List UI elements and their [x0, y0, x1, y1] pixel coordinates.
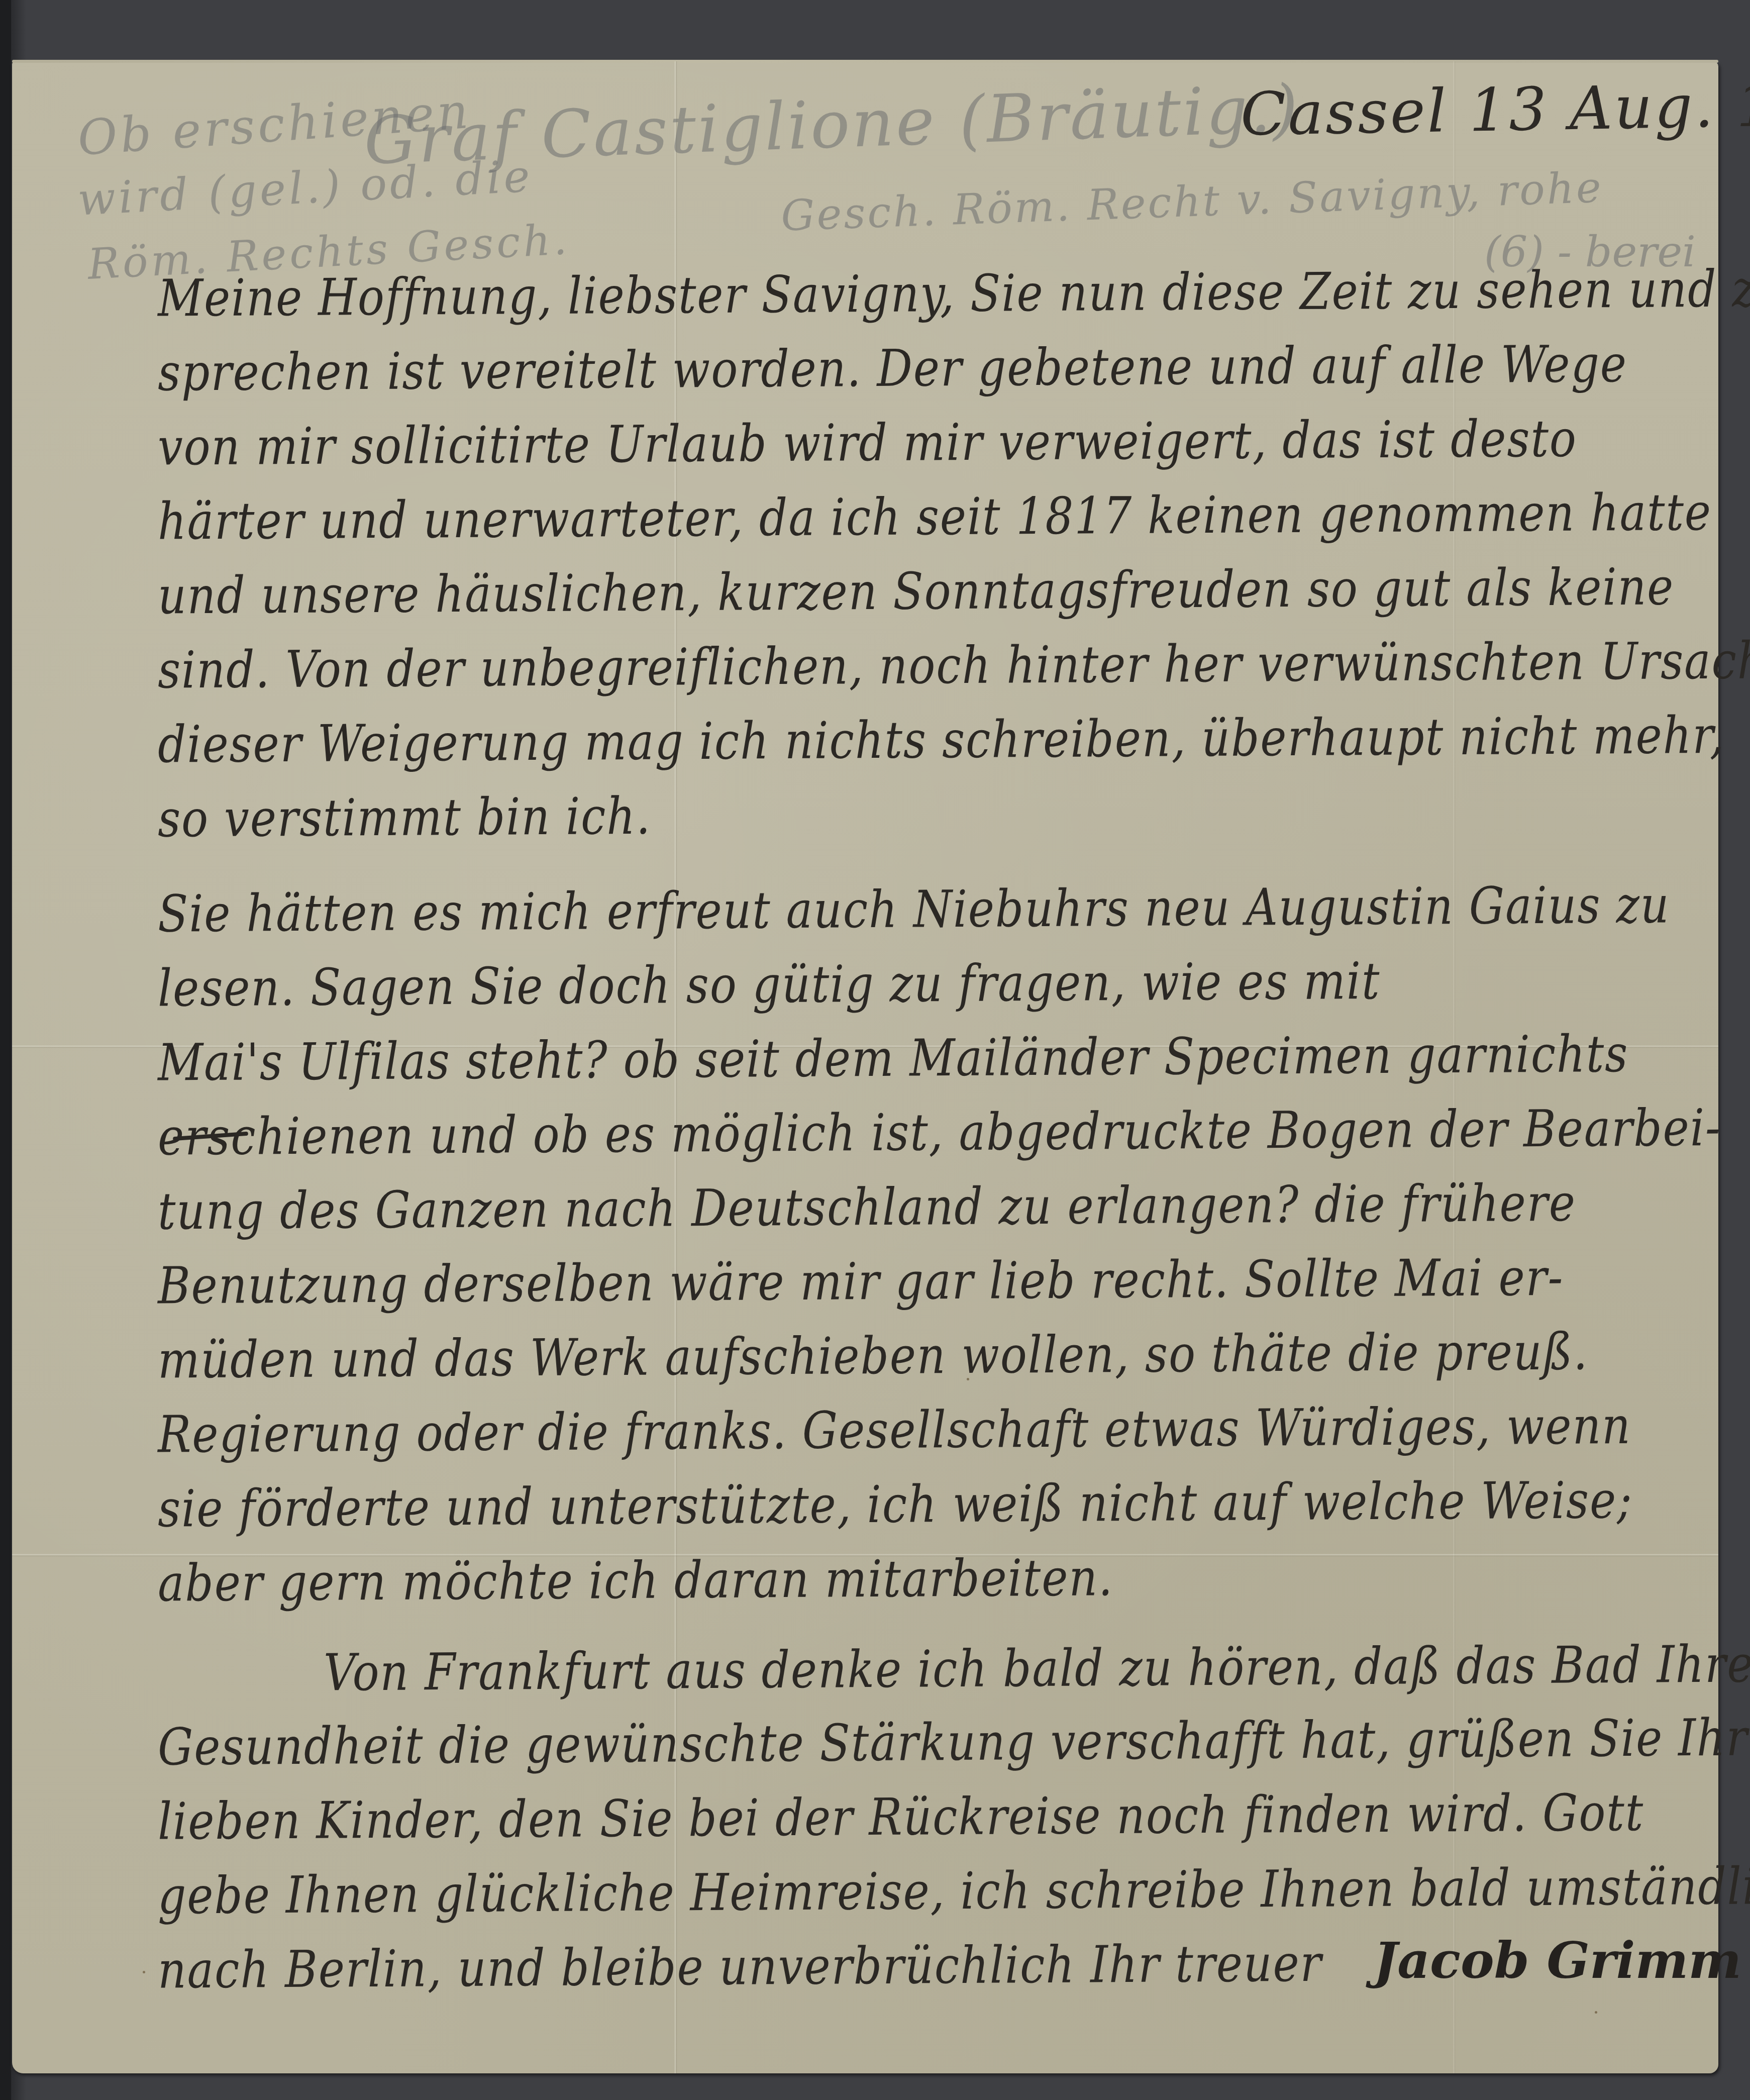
place-and-date: Cassel 13 Aug. 1823 [1240, 68, 1750, 149]
pencil-note-title: Graf Castiglione (Bräutig.) [363, 70, 1301, 179]
paper-speck [1595, 2011, 1597, 2014]
text-line: sprechen ist vereitelt worden. Der gebet… [158, 334, 1627, 403]
text-line: nach Berlin, und bleibe unverbrüchlich I… [158, 1933, 1322, 1999]
paper-speck [967, 1378, 969, 1380]
text-line: Mai's Ulfilas steht? ob seit dem Mailänd… [158, 1024, 1629, 1092]
text-line: Regierung oder die franks. Gesellschaft … [158, 1396, 1631, 1464]
text-line: und unsere häuslichen, kurzen Sonntagsfr… [158, 557, 1675, 626]
text-line: lesen. Sagen Sie doch so gütig zu fragen… [158, 951, 1381, 1018]
text-line: von mir sollicitirte Urlaub wird mir ver… [158, 409, 1577, 476]
paper-speck [143, 1971, 145, 1973]
binding-strip [0, 0, 11, 2100]
text-line: Von Frankfurt aus denke ich bald zu höre… [324, 1634, 1750, 1703]
text-line: gebe Ihnen glückliche Heimreise, ich sch… [158, 1856, 1750, 1925]
text-line: Benutzung derselben wäre mir gar lieb re… [158, 1247, 1564, 1315]
text-line: härter und unerwarteter, da ich seit 181… [158, 482, 1712, 551]
text-line: sie förderte und unterstützte, ich weiß … [158, 1470, 1633, 1539]
text-line: so verstimmt bin ich. [158, 786, 652, 848]
text-line: lieben Kinder, den Sie bei der Rückreise… [158, 1782, 1644, 1851]
pencil-note-subtitle: Gesch. Röm. Recht v. Savigny, rohe [780, 162, 1604, 240]
letter-sheet: Ob erschienen wird (gel.) od. die Röm. R… [12, 61, 1718, 2073]
text-line: aber gern möchte ich daran mitarbeiten. [158, 1548, 1114, 1613]
text-line: Gesundheit die gewünschte Stärkung versc… [158, 1708, 1750, 1777]
text-line: Sie hätten es mich erfreut auch Niebuhrs… [158, 875, 1670, 944]
text-line: dieser Weigerung mag ich nichts schreibe… [158, 705, 1725, 774]
text-line: tung des Ganzen nach Deutschland zu erla… [158, 1173, 1576, 1241]
signature: Jacob Grimm [1374, 1931, 1741, 1990]
text-line: müden und das Werk aufschieben wollen, s… [158, 1322, 1589, 1390]
text-line: erschienen und ob es möglich ist, abgedr… [158, 1098, 1721, 1167]
pencil-note-line: Ob erschienen [76, 83, 473, 166]
pencil-note-line: wird (gel.) od. die [76, 150, 534, 225]
text-line: Meine Hoffnung, liebster Savigny, Sie nu… [158, 259, 1750, 328]
text-line: sind. Von der unbegreiflichen, noch hint… [158, 631, 1750, 700]
